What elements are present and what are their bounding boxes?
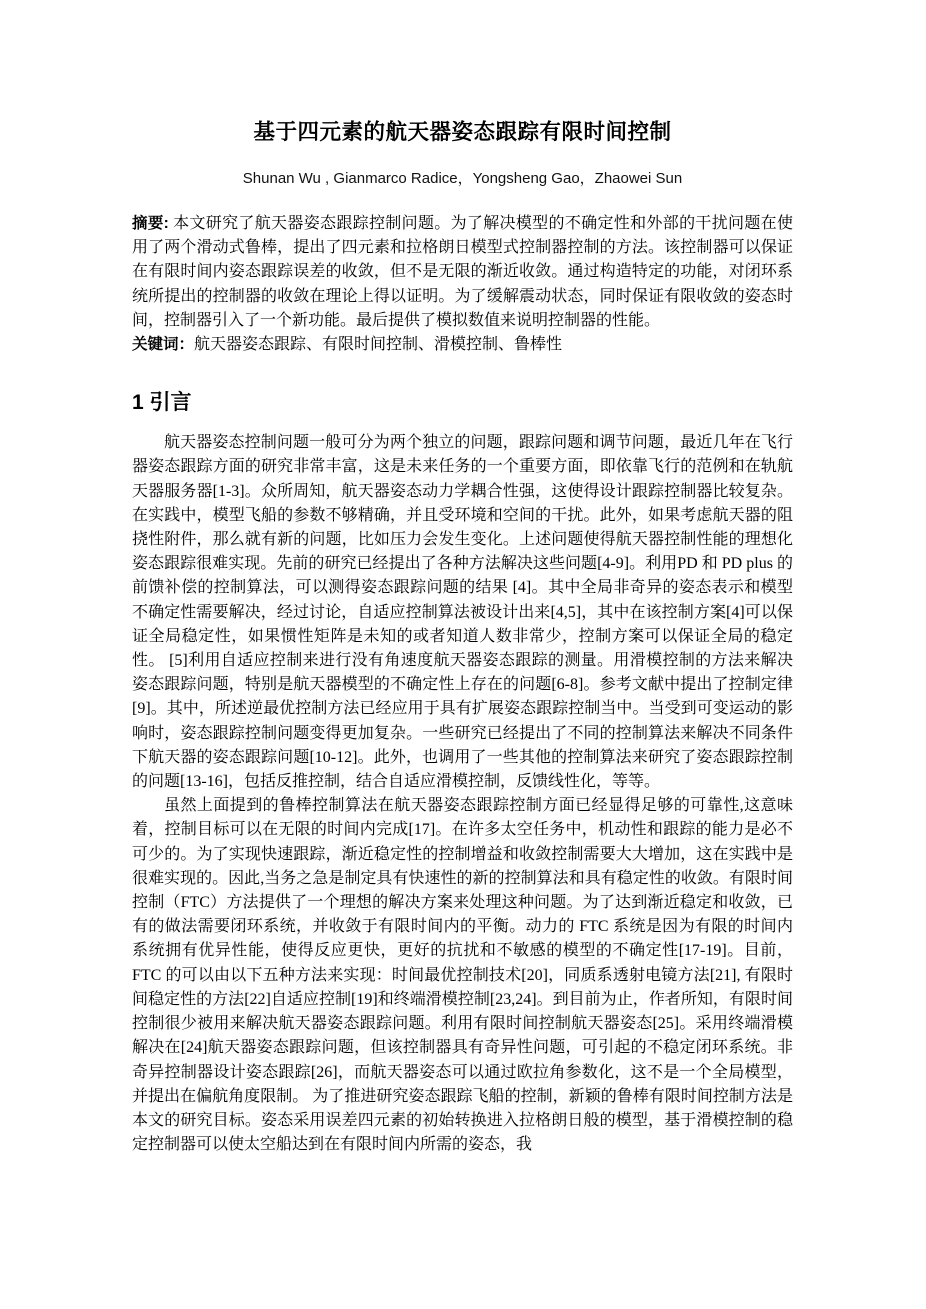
paper-title: 基于四元素的航天器姿态跟踪有限时间控制	[132, 117, 793, 147]
keywords-text: 航天器姿态跟踪、有限时间控制、滑模控制、鲁棒性	[194, 336, 562, 353]
paper-authors: Shunan Wu , Gianmarco Radice，Yongsheng G…	[132, 169, 793, 189]
section-1-heading: 1 引言	[132, 390, 793, 416]
section-1-paragraph-1: 航天器姿态控制问题一般可分为两个独立的问题，跟踪问题和调节问题，最近几年在飞行器…	[132, 431, 793, 794]
section-1-paragraph-2: 虽然上面提到的鲁棒控制算法在航天器姿态跟踪控制方面已经显得足够的可靠性,这意味着…	[132, 794, 793, 1157]
keywords-paragraph: 关键词：航天器姿态跟踪、有限时间控制、滑模控制、鲁棒性	[132, 333, 793, 357]
abstract-paragraph: 摘要: 本文研究了航天器姿态跟踪控制问题。为了解决模型的不确定性和外部的干扰问题…	[132, 212, 793, 333]
document-page: 基于四元素的航天器姿态跟踪有限时间控制 Shunan Wu , Gianmarc…	[0, 0, 926, 1309]
abstract-label: 摘要:	[132, 215, 169, 232]
keywords-label: 关键词：	[132, 336, 194, 353]
abstract-text: 本文研究了航天器姿态跟踪控制问题。为了解决模型的不确定性和外部的干扰问题在使用了…	[132, 215, 793, 329]
